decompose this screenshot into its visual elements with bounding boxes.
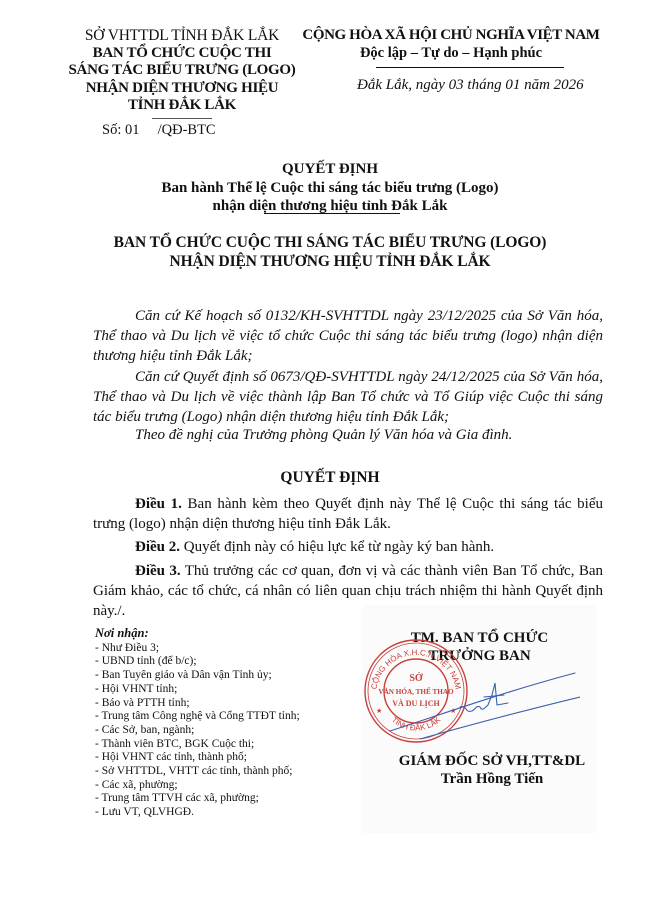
recipient-item: - Lưu VT, QLVHGĐ. <box>95 806 355 820</box>
article-2-text: Quyết định này có hiệu lực kể từ ngày ký… <box>180 539 494 555</box>
recipient-item: - Báo và PTTH tỉnh; <box>95 697 355 711</box>
signer-name: Trần Hồng Tiến <box>372 770 612 788</box>
doc-number-label: Số: 01 <box>102 122 139 138</box>
recipient-item: - Trung tâm Công nghệ và Cổng TTĐT tỉnh; <box>95 710 355 724</box>
org-line-1: BAN TỔ CHỨC CUỘC THI <box>62 45 302 63</box>
national-title: CỘNG HÒA XÃ HỘI CHỦ NGHĨA VIỆT NAM <box>296 27 606 45</box>
title-underline <box>264 213 400 214</box>
recipient-item: - Các xã, phường; <box>95 779 355 793</box>
org-line-3: NHẬN DIỆN THƯƠNG HIỆU <box>62 80 302 98</box>
article-2: Điều 2. Quyết định này có hiệu lực kể từ… <box>93 537 603 557</box>
decision-heading: QUYẾT ĐỊNH <box>80 469 580 487</box>
parent-agency: SỞ VHTTDL TỈNH ĐẮK LẮK <box>62 27 302 45</box>
recipient-item: - Các Sở, ban, ngành; <box>95 724 355 738</box>
issuer-heading: BAN TỔ CHỨC CUỘC THI SÁNG TÁC BIỂU TRƯNG… <box>80 233 580 271</box>
recipient-item: - Hội VHNT các tỉnh, thành phố; <box>95 751 355 765</box>
recipient-item: - Thành viên BTC, BGK Cuộc thi; <box>95 738 355 752</box>
doc-number-suffix: /QĐ-BTC <box>158 122 216 138</box>
issuer-line-2: NHẬN DIỆN THƯƠNG HIỆU TỈNH ĐẮK LẮK <box>80 252 580 271</box>
article-2-label: Điều 2. <box>135 539 180 555</box>
issuer-line-1: BAN TỔ CHỨC CUỘC THI SÁNG TÁC BIỂU TRƯNG… <box>80 233 580 252</box>
org-line-4: TỈNH ĐẮK LẮK <box>62 97 302 115</box>
preamble-paragraph-1: Căn cứ Kế hoạch số 0132/KH-SVHTTDL ngày … <box>93 306 603 366</box>
article-3-label: Điều 3. <box>135 563 181 579</box>
signer-position: GIÁM ĐỐC SỞ VH,TT&DL <box>372 752 612 770</box>
issuing-agency-block: SỞ VHTTDL TỈNH ĐẮK LẮK BAN TỔ CHỨC CUỘC … <box>62 27 302 119</box>
document-number: Số: 01 /QĐ-BTC <box>102 122 216 139</box>
motto-underline <box>376 67 564 68</box>
place-date: Đắk Lắk, ngày 03 tháng 01 năm 2026 <box>357 77 584 94</box>
national-header: CỘNG HÒA XÃ HỘI CHỦ NGHĨA VIỆT NAM Độc l… <box>296 27 606 62</box>
header-left-divider <box>152 118 212 119</box>
national-motto: Độc lập – Tự do – Hạnh phúc <box>296 45 606 62</box>
handwritten-signature-icon <box>380 665 580 740</box>
article-1-label: Điều 1. <box>135 496 182 512</box>
recipients-title: Nơi nhận: <box>95 627 355 641</box>
preamble-paragraph-2: Căn cứ Quyết định số 0673/QĐ-SVHTTDL ngà… <box>93 367 603 427</box>
org-line-2: SÁNG TÁC BIỂU TRƯNG (LOGO) <box>62 62 302 80</box>
recipient-item: - Sở VHTTDL, VHTT các tỉnh, thành phố; <box>95 765 355 779</box>
title-heading: QUYẾT ĐỊNH <box>120 160 540 179</box>
recipient-item: - UBND tỉnh (để b/c); <box>95 655 355 669</box>
preamble-paragraph-3: Theo đề nghị của Trưởng phòng Quản lý Vă… <box>93 425 603 445</box>
recipient-item: - Trung tâm TTVH các xã, phường; <box>95 792 355 806</box>
recipient-item: - Như Điều 3; <box>95 642 355 656</box>
recipients-list: Nơi nhận: - Như Điều 3; - UBND tỉnh (để … <box>95 627 355 820</box>
article-1: Điều 1. Ban hành kèm theo Quyết định này… <box>93 494 603 534</box>
title-subtitle-1: Ban hành Thể lệ Cuộc thi sáng tác biểu t… <box>120 179 540 198</box>
document-title: QUYẾT ĐỊNH Ban hành Thể lệ Cuộc thi sáng… <box>120 160 540 216</box>
signer-block: GIÁM ĐỐC SỞ VH,TT&DL Trần Hồng Tiến <box>372 752 612 788</box>
recipient-item: - Ban Tuyên giáo và Dân vận Tỉnh ủy; <box>95 669 355 683</box>
recipient-item: - Hội VHNT tỉnh; <box>95 683 355 697</box>
